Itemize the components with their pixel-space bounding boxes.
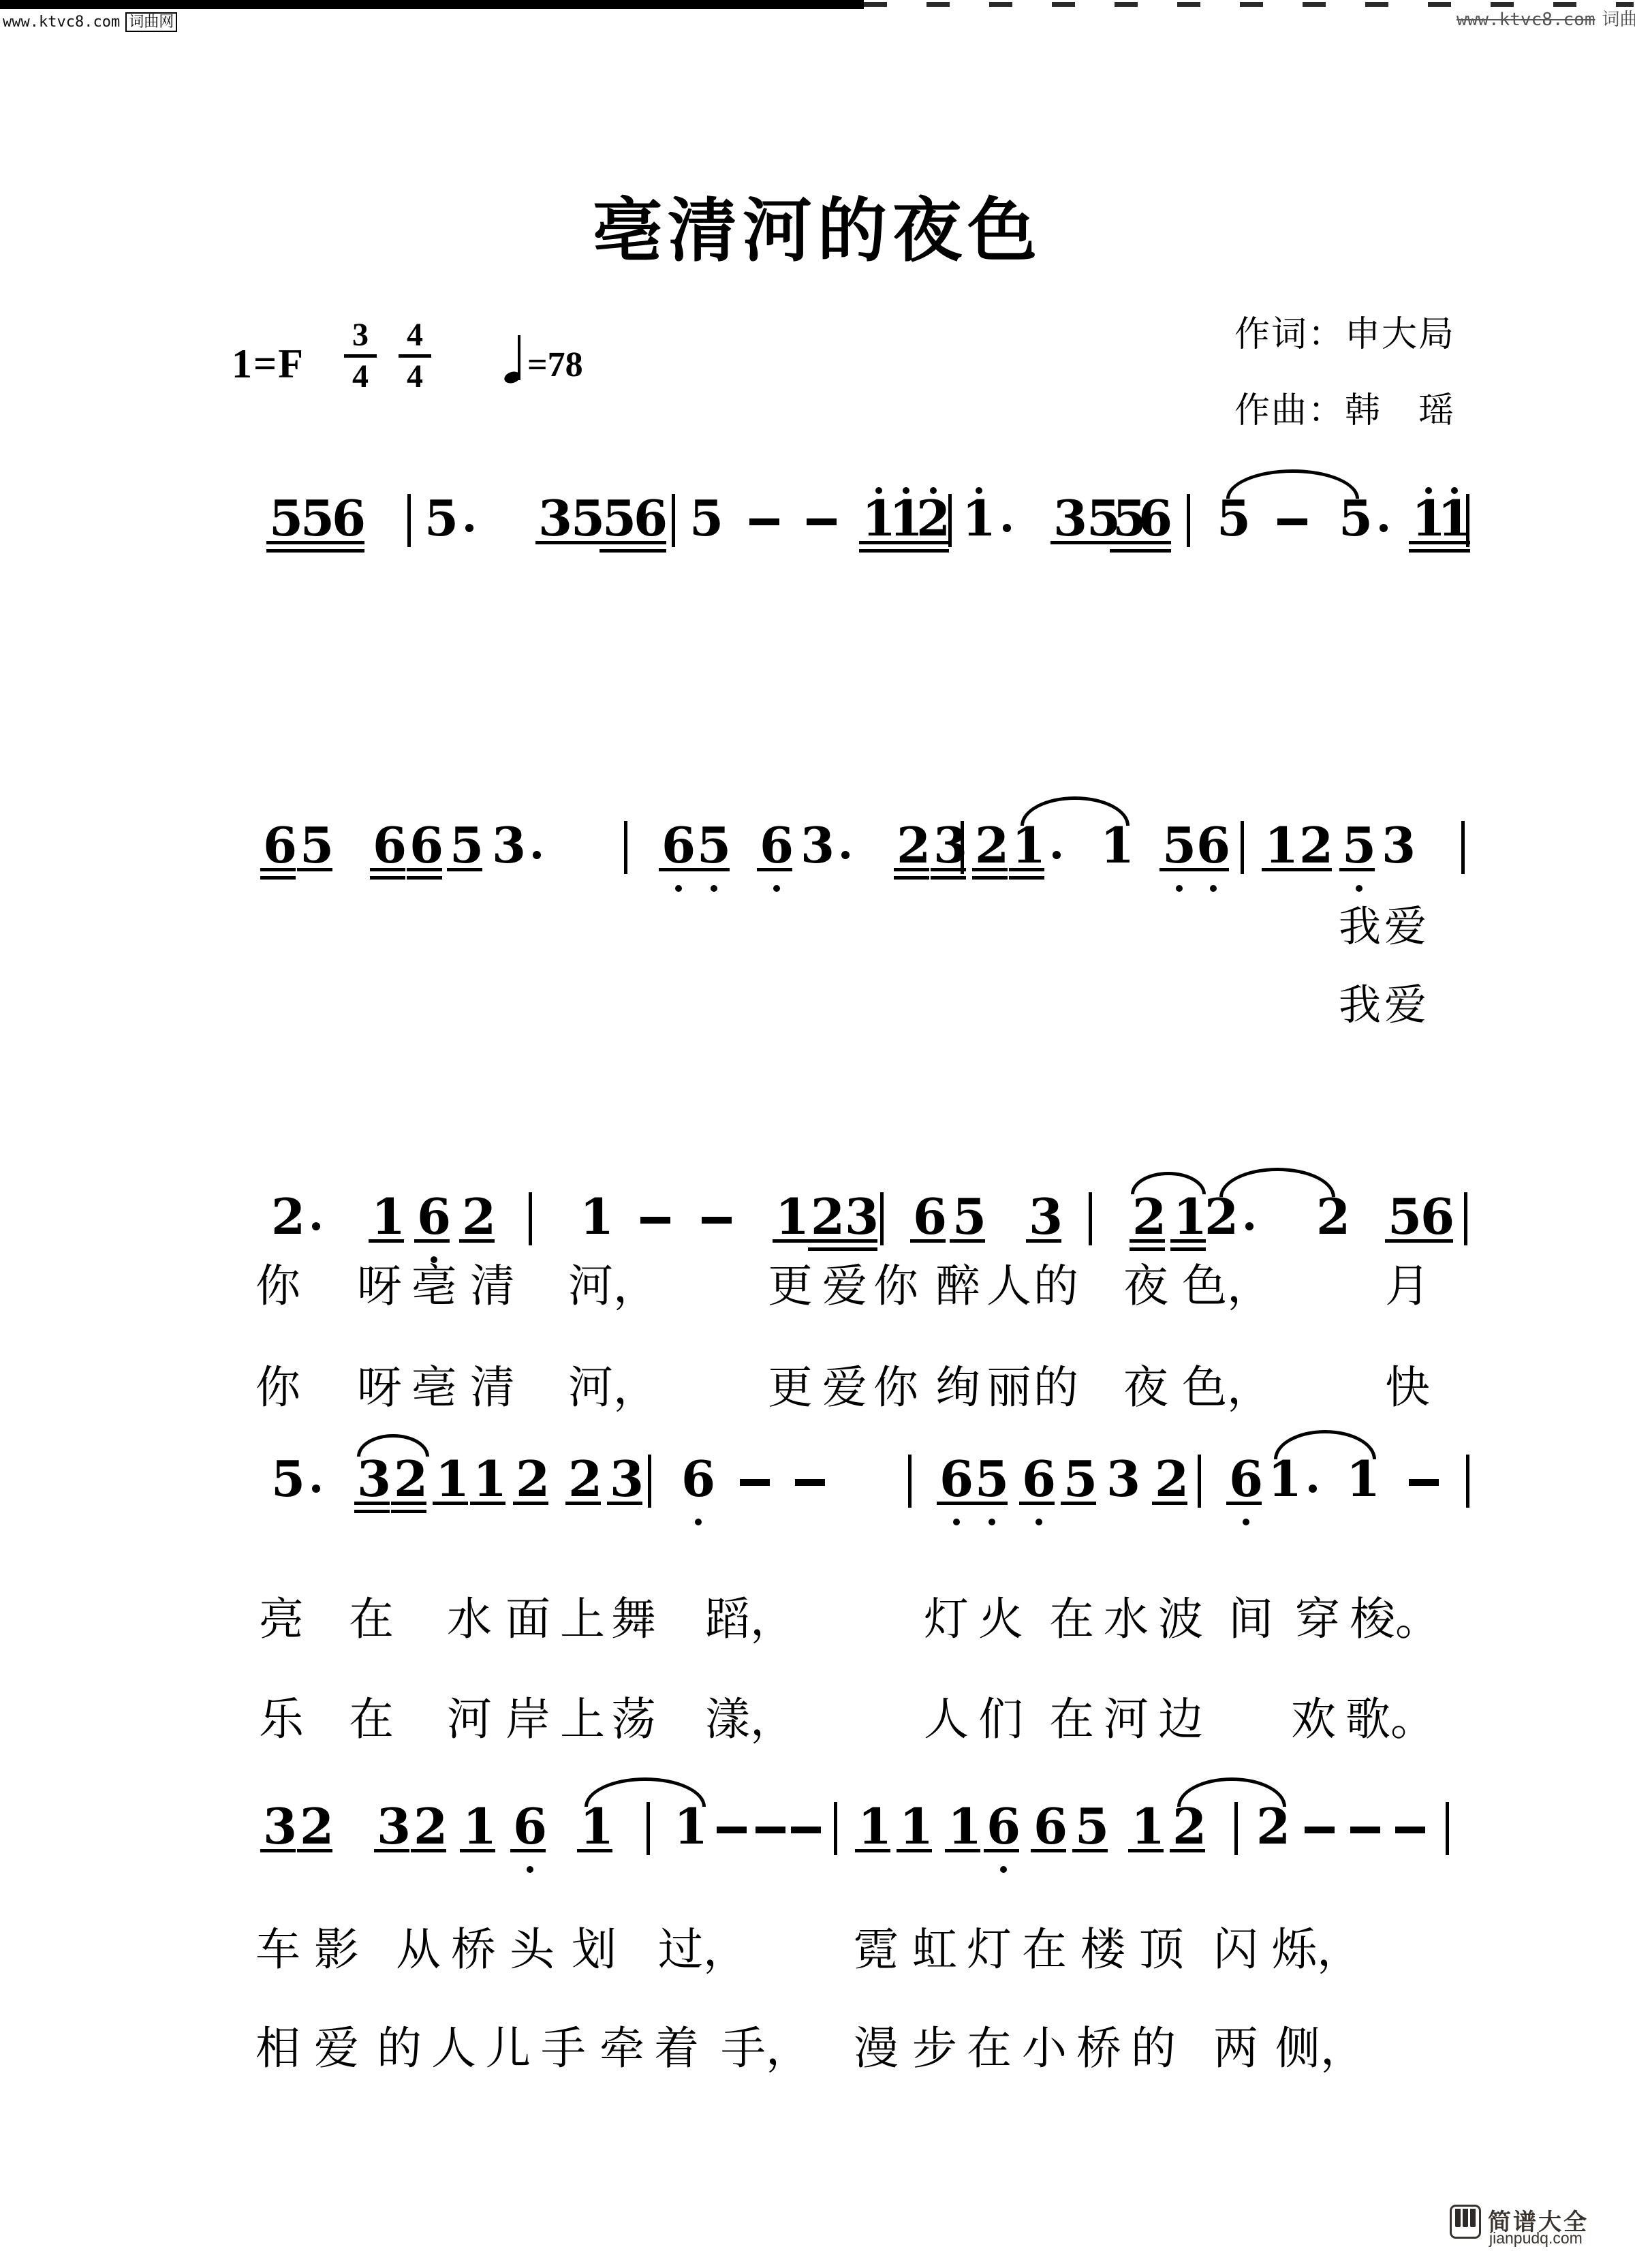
underline-beam xyxy=(1385,1239,1420,1243)
duration-dash-icon xyxy=(807,518,837,525)
lyric-segment: 的 xyxy=(1033,1366,1078,1411)
underline-beam xyxy=(1009,868,1044,871)
note-token: 3 xyxy=(492,821,526,870)
barline-icon xyxy=(1466,1455,1469,1508)
lyric-segment: 儿 xyxy=(486,2027,531,2072)
note-number: 2 xyxy=(1155,1450,1189,1508)
note-token: 1 xyxy=(473,1455,507,1504)
tie-slur-arc xyxy=(1226,469,1359,499)
note-number: 2 xyxy=(1132,1187,1166,1245)
note-token: 5 xyxy=(424,494,458,543)
lyric-segment: 在 xyxy=(1049,1698,1094,1743)
barline-icon xyxy=(834,1802,837,1855)
note-token: 5 xyxy=(571,494,605,543)
note-token: 5 xyxy=(1075,1802,1109,1851)
note-token: 5 xyxy=(271,1455,305,1504)
lyric-segment: 舞 xyxy=(611,1598,656,1643)
note-token: 1 xyxy=(1264,821,1298,870)
note-number: 3 xyxy=(1106,1450,1140,1508)
lyric-segment: 清 xyxy=(470,1366,515,1411)
lyric-segment: 头 xyxy=(510,1928,555,1973)
lyric-segment: 火 xyxy=(978,1598,1023,1643)
underline-beam xyxy=(577,1849,612,1852)
lyric-segment: 河， xyxy=(568,1264,658,1309)
underline-beam xyxy=(329,541,364,544)
lyric-segment: 划 xyxy=(572,1928,617,1973)
lyric-segment: 在 xyxy=(967,2027,1012,2072)
octave-dot-below xyxy=(953,1519,960,1525)
octave-dot-below xyxy=(988,1519,995,1525)
lyric-segment: 们 xyxy=(978,1698,1023,1743)
lyric-segment: 手， xyxy=(721,2027,811,2072)
underline-beam xyxy=(407,868,442,871)
note-number: 3 xyxy=(1382,816,1416,874)
lyric-segment: 两 xyxy=(1213,2027,1258,2072)
note-token: 1 xyxy=(674,1802,708,1851)
lyric-segment: 夜 xyxy=(1123,1264,1168,1309)
underline-beam xyxy=(894,876,929,880)
underline-beam xyxy=(972,1502,1008,1505)
note-token: 1 xyxy=(1346,1455,1380,1504)
underline-beam xyxy=(894,868,929,871)
scan-artifact-bar xyxy=(0,0,864,9)
lyric-segment: 步 xyxy=(912,2027,957,2072)
note-token: 5 xyxy=(952,1192,986,1241)
lyric-segment: 漫 xyxy=(854,2027,899,2072)
underline-beam xyxy=(599,541,635,544)
note-number: 2 xyxy=(568,1450,602,1508)
underline-beam xyxy=(510,1849,546,1852)
note-token: 3 xyxy=(800,821,835,870)
note-number: 5 xyxy=(1162,816,1196,874)
lyric-segment: 灯 xyxy=(967,1928,1012,1973)
note-number: 6 xyxy=(263,816,297,874)
underline-beam xyxy=(459,1239,495,1243)
tempo-value: =78 xyxy=(527,345,583,385)
note-number: 6 xyxy=(1022,1450,1056,1508)
lyric-segment: 乐 xyxy=(259,1698,304,1743)
lyric-segment: 虹 xyxy=(912,1928,957,1973)
note-number: 2 xyxy=(916,489,950,547)
lyric-segment: 人 xyxy=(924,1698,969,1743)
note-token: 6 xyxy=(939,1455,974,1504)
note-token: 3 xyxy=(357,1455,391,1504)
duration-dash-icon xyxy=(795,1479,825,1486)
lyric-segment: 色， xyxy=(1182,1366,1272,1411)
logo-domain: jianpudq.com xyxy=(1489,2229,1583,2248)
lyric-segment: 波 xyxy=(1158,1598,1203,1643)
note-token: 6 xyxy=(1420,1192,1454,1241)
underline-beam xyxy=(808,1247,843,1251)
lyric-segment: 桥 xyxy=(451,1928,496,1973)
note-token: 3 xyxy=(377,1802,411,1851)
note-token: 1 xyxy=(1100,821,1134,870)
underline-beam xyxy=(1435,549,1470,553)
augmentation-dot xyxy=(1053,851,1061,859)
tie-slur-arc xyxy=(1219,1168,1335,1197)
note-number: 6 xyxy=(986,1797,1021,1855)
note-number: 5 xyxy=(269,489,303,547)
note-token: 2 xyxy=(975,821,1009,870)
lyric-segment: 在 xyxy=(349,1598,394,1643)
underline-beam xyxy=(298,541,333,544)
augmentation-dot xyxy=(533,851,541,859)
note-number: 1 xyxy=(580,1187,614,1245)
lyric-segment: 水 xyxy=(1104,1598,1149,1643)
tie-slur-arc xyxy=(585,1777,706,1807)
barline-icon xyxy=(647,1802,650,1855)
note-token: 6 xyxy=(661,821,696,870)
tie-slur-arc xyxy=(1177,1777,1286,1807)
lyric-segment: 人 xyxy=(986,1264,1031,1309)
note-token: 6 xyxy=(409,821,443,870)
note-token: 6 xyxy=(634,494,668,543)
lyric-segment: 丽 xyxy=(986,1366,1031,1411)
duration-dash-icon xyxy=(702,1217,732,1224)
underline-beam xyxy=(1152,1502,1187,1505)
note-number: 3 xyxy=(610,1450,644,1508)
note-number: 1 xyxy=(473,1450,507,1508)
underline-beam xyxy=(1009,876,1044,880)
underline-beam xyxy=(631,549,666,553)
duration-dash-icon xyxy=(749,518,779,525)
underline-beam xyxy=(914,549,949,553)
underline-beam xyxy=(414,1239,450,1243)
underline-beam xyxy=(370,876,405,880)
time-signature-denominator: 4 xyxy=(344,358,377,393)
octave-dot-below xyxy=(1210,885,1217,892)
note-token: 1 xyxy=(1131,1802,1165,1851)
note-token: 1 xyxy=(899,1802,933,1851)
underline-beam xyxy=(599,549,635,553)
note-token: 2 xyxy=(897,821,931,870)
lyric-segment: 顶 xyxy=(1139,1928,1184,1973)
note-number: 6 xyxy=(373,816,407,874)
augmentation-dot xyxy=(1245,1222,1253,1230)
note-number: 6 xyxy=(661,816,696,874)
underline-beam xyxy=(1019,1502,1055,1505)
note-number: 3 xyxy=(845,1187,879,1245)
lyric-segment: 楼 xyxy=(1080,1928,1125,1973)
note-token: 6 xyxy=(1196,821,1230,870)
note-token: 2 xyxy=(394,1455,428,1504)
time-signature-denominator: 4 xyxy=(399,358,431,393)
lyric-segment: 欢 xyxy=(1291,1698,1336,1743)
underline-beam xyxy=(984,1849,1019,1852)
note-number: 6 xyxy=(1420,1187,1454,1245)
note-number: 6 xyxy=(1229,1450,1263,1508)
underline-beam xyxy=(535,541,571,544)
time-signature-4-4: 4 4 xyxy=(399,319,431,393)
time-signature-3-4: 3 4 xyxy=(344,319,377,393)
lyric-segment: 上 xyxy=(560,1698,605,1743)
underline-beam xyxy=(1128,1849,1164,1852)
underline-beam xyxy=(260,1849,296,1852)
underline-beam xyxy=(1130,1247,1165,1251)
lyric-segment: 呀 xyxy=(357,1366,402,1411)
lyric-segment: 蹈， xyxy=(705,1598,795,1643)
underline-beam xyxy=(1159,868,1195,871)
note-token: 5 xyxy=(1342,821,1376,870)
song-title: 亳清河的夜色 xyxy=(0,176,1635,275)
note-number: 3 xyxy=(1053,489,1087,547)
note-token: 1 xyxy=(1012,821,1046,870)
underline-beam xyxy=(1418,1239,1453,1243)
underline-beam xyxy=(937,1502,972,1505)
watermark-top-left: www.ktvc8.com词曲网 xyxy=(3,10,177,31)
note-number: 3 xyxy=(357,1450,391,1508)
note-number: 1 xyxy=(775,1187,809,1245)
note-token: 6 xyxy=(332,494,366,543)
note-token: 2 xyxy=(1316,1192,1350,1241)
underline-beam xyxy=(945,1849,980,1852)
duration-dash-icon xyxy=(791,1827,821,1833)
duration-dash-icon xyxy=(1395,1827,1425,1833)
lyric-segment: 人 xyxy=(431,2027,476,2072)
note-token: 6 xyxy=(417,1192,451,1241)
note-token: 1 xyxy=(948,1802,982,1851)
note-number: 1 xyxy=(962,489,996,547)
lyric-segment: 着 xyxy=(654,2027,699,2072)
note-token: 6 xyxy=(1229,1455,1263,1504)
underline-beam xyxy=(298,549,333,553)
lyric-segment: 爱 xyxy=(1384,906,1427,948)
lyric-segment: 间 xyxy=(1228,1598,1273,1643)
underline-beam xyxy=(1296,868,1332,871)
underline-beam xyxy=(1136,541,1171,544)
lyric-segment: 夜 xyxy=(1123,1366,1168,1411)
underline-beam xyxy=(659,868,694,871)
octave-dot-below xyxy=(1356,885,1362,892)
time-signature-numerator: 3 xyxy=(344,319,377,358)
barline-icon xyxy=(648,1455,651,1508)
note-number: 3 xyxy=(800,816,835,874)
lyric-segment: 歌。 xyxy=(1345,1698,1435,1743)
note-token: 1 xyxy=(435,1455,469,1504)
note-number: 2 xyxy=(271,1187,305,1245)
note-number: 2 xyxy=(897,816,931,874)
underline-beam xyxy=(897,1849,932,1852)
underline-beam xyxy=(972,876,1008,880)
lyricist-credit: 作词：申大局 xyxy=(1234,305,1455,356)
barline-icon xyxy=(948,494,952,547)
underline-beam xyxy=(568,541,604,544)
lyric-segment: 影 xyxy=(314,1928,359,1973)
sheet-music-page: www.ktvc8.com词曲网 www.ktvc8.com词曲网 亳清河的夜色… xyxy=(0,0,1635,2268)
note-number: 6 xyxy=(760,816,794,874)
underline-beam xyxy=(1130,1239,1165,1243)
note-token: 3 xyxy=(1106,1455,1140,1504)
note-number: 6 xyxy=(681,1450,715,1508)
underline-beam xyxy=(808,1239,843,1243)
note-token: 2 xyxy=(271,1192,305,1241)
barline-icon xyxy=(407,494,411,547)
lyric-segment: 烁， xyxy=(1272,1928,1362,1973)
note-number: 3 xyxy=(263,1797,297,1855)
octave-dot-above xyxy=(1451,487,1458,494)
lyric-segment: 我 xyxy=(1339,984,1381,1027)
underline-beam xyxy=(391,1502,426,1505)
underline-beam xyxy=(447,868,482,871)
note-number: 1 xyxy=(1131,1797,1165,1855)
lyric-segment: 霓 xyxy=(854,1928,899,1973)
octave-dot-below xyxy=(773,885,780,892)
note-token: 2 xyxy=(462,1192,496,1241)
barline-icon xyxy=(1198,1455,1201,1508)
underline-beam xyxy=(1339,868,1375,871)
underline-beam xyxy=(1050,541,1086,544)
note-number: 5 xyxy=(1075,1797,1109,1855)
note-number: 3 xyxy=(538,489,572,547)
note-number: 2 xyxy=(394,1450,428,1508)
lyric-segment: 更 xyxy=(768,1264,813,1309)
lyric-segment: 你 xyxy=(255,1366,300,1411)
note-token: 6 xyxy=(1022,1455,1056,1504)
note-token: 5 xyxy=(1339,494,1373,543)
lyric-segment: 河 xyxy=(447,1698,492,1743)
note-token: 3 xyxy=(1029,1192,1063,1241)
underline-beam xyxy=(631,541,666,544)
lyric-segment: 车 xyxy=(255,1928,300,1973)
note-number: 1 xyxy=(371,1187,405,1245)
underline-beam xyxy=(1170,1849,1205,1852)
barline-icon xyxy=(1241,821,1244,874)
music-line: 656653656323211561253 xyxy=(0,821,1635,870)
lyric-segment: 亳 xyxy=(411,1366,456,1411)
note-token: 3 xyxy=(845,1192,879,1241)
note-token: 6 xyxy=(263,821,297,870)
note-number: 1 xyxy=(858,1797,892,1855)
lyric-segment: 爱 xyxy=(314,2027,359,2072)
note-token: 2 xyxy=(1204,1192,1239,1241)
underline-beam xyxy=(407,876,442,880)
note-token: 5 xyxy=(1388,1192,1422,1241)
lyric-segment: 面 xyxy=(505,1598,550,1643)
augmentation-dot xyxy=(1309,1485,1317,1493)
note-token: 5 xyxy=(300,821,334,870)
barline-icon xyxy=(1446,1802,1449,1855)
underline-beam xyxy=(1435,541,1470,544)
composer-credit: 作曲：韩 瑶 xyxy=(1234,382,1455,433)
note-token: 5 xyxy=(697,821,731,870)
note-token: 6 xyxy=(1033,1802,1068,1851)
octave-dot-below xyxy=(1000,1866,1007,1873)
lyric-segment: 牵 xyxy=(599,2027,644,2072)
underline-beam xyxy=(757,868,792,871)
lyric-segment: 漾， xyxy=(705,1698,795,1743)
note-number: 6 xyxy=(513,1797,547,1855)
duration-dash-icon xyxy=(756,1827,785,1833)
music-line: 21621123653212256 xyxy=(0,1192,1635,1241)
note-number: 1 xyxy=(1173,1187,1207,1245)
lyric-segment: 亳 xyxy=(411,1264,456,1309)
tie-slur-arc xyxy=(1131,1172,1206,1194)
note-number: 2 xyxy=(516,1450,550,1508)
note-number: 1 xyxy=(1264,816,1298,874)
lyric-segment: 我 xyxy=(1339,906,1381,948)
lyric-segment: 河 xyxy=(1104,1698,1149,1743)
underline-beam xyxy=(694,868,730,871)
note-number: 5 xyxy=(697,816,731,874)
underline-beam xyxy=(433,1502,468,1505)
note-token: 1 xyxy=(371,1192,405,1241)
lyric-segment: 上 xyxy=(560,1598,605,1643)
note-number: 6 xyxy=(1033,1797,1068,1855)
barline-icon xyxy=(908,1455,912,1508)
augmentation-dot xyxy=(841,851,850,859)
note-token: 5 xyxy=(450,821,484,870)
lyric-segment: 的 xyxy=(1131,2027,1176,2072)
note-token: 6 xyxy=(760,821,794,870)
note-number: 2 xyxy=(1299,816,1333,874)
octave-dot-above xyxy=(903,487,909,494)
barline-icon xyxy=(529,1192,532,1245)
note-token: 3 xyxy=(538,494,572,543)
underline-beam xyxy=(1136,549,1171,553)
octave-dot-below xyxy=(1243,1519,1249,1525)
duration-dash-icon xyxy=(1277,518,1307,525)
augmentation-dot xyxy=(312,1485,320,1493)
underline-beam xyxy=(950,1239,985,1243)
note-token: 2 xyxy=(916,494,950,543)
note-token: 1 xyxy=(463,1802,497,1851)
lyric-segment: 更 xyxy=(768,1366,813,1411)
note-number: 5 xyxy=(1388,1187,1422,1245)
octave-dot-below xyxy=(675,885,682,892)
note-token: 5 xyxy=(269,494,303,543)
underline-beam xyxy=(370,868,405,871)
octave-dot-above xyxy=(1425,487,1432,494)
lyric-segment: 灯 xyxy=(924,1598,969,1643)
lyric-segment: 荡 xyxy=(611,1698,656,1743)
duration-dash-icon xyxy=(1305,1827,1335,1833)
underline-beam xyxy=(1170,1239,1206,1243)
note-token: 5 xyxy=(689,494,723,543)
note-token: 1 xyxy=(580,1192,614,1241)
underline-beam xyxy=(260,868,296,871)
barline-icon xyxy=(1464,1192,1467,1245)
lyric-segment: 过， xyxy=(658,1928,748,1973)
lyric-segment: 闪 xyxy=(1213,1928,1258,1973)
note-number: 5 xyxy=(689,489,723,547)
lyric-segment: 在 xyxy=(349,1698,394,1743)
note-number: 5 xyxy=(975,1450,1009,1508)
underline-beam xyxy=(513,1502,548,1505)
lyric-segment: 相 xyxy=(255,2027,300,2072)
note-number: 6 xyxy=(417,1187,451,1245)
note-token: 3 xyxy=(610,1455,644,1504)
music-line: 32321611111665122 xyxy=(0,1802,1635,1851)
augmentation-dot xyxy=(465,524,473,532)
lyric-segment: 河， xyxy=(568,1366,658,1411)
octave-dot-below xyxy=(527,1866,533,1873)
duration-dash-icon xyxy=(1350,1827,1380,1833)
lyric-segment: 亮 xyxy=(259,1598,304,1643)
note-number: 1 xyxy=(435,1450,469,1508)
note-number: 1 xyxy=(899,1797,933,1855)
barline-icon xyxy=(1234,1802,1238,1855)
barline-icon xyxy=(880,1192,884,1245)
duration-dash-icon xyxy=(1409,1479,1439,1486)
underline-beam xyxy=(391,1510,426,1513)
octave-dot-below xyxy=(711,885,717,892)
underline-beam xyxy=(266,549,302,553)
tie-slur-arc xyxy=(357,1434,429,1457)
note-token: 6 xyxy=(373,821,407,870)
site-logo: 简谱大全 jianpudq.com xyxy=(1450,2203,1635,2251)
underline-beam xyxy=(1061,1502,1096,1505)
underline-beam xyxy=(842,1239,877,1243)
